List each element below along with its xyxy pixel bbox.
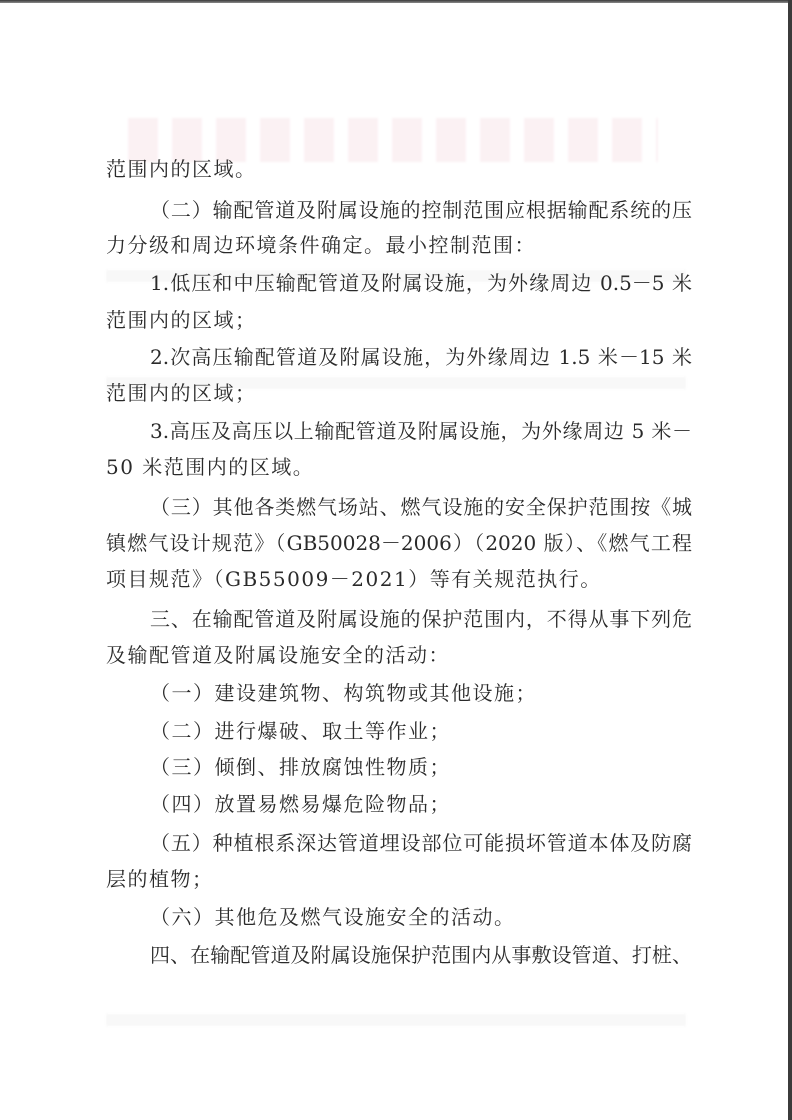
text-line: （二）进行爆破、取土等作业；: [150, 718, 451, 744]
text-line: 50 米范围内的区域。: [106, 454, 314, 480]
text-line: （五）种植根系深达管道埋设部位可能损坏管道本体及防腐: [150, 830, 692, 856]
text-line: 镇燃气设计规范》（GB50028－2006）（2020 版）、《燃气工程: [106, 530, 692, 556]
text-line: （二）输配管道及附属设施的控制范围应根据输配系统的压: [150, 197, 692, 223]
text-line: 项目规范》（GB55009－2021）等有关规范执行。: [106, 566, 602, 592]
bleed-through-line: [106, 1014, 686, 1026]
text-line: 力分级和周边环境条件确定。最小控制范围：: [106, 232, 536, 258]
scan-right-edge: [788, 0, 792, 1120]
scan-top-edge: [0, 0, 792, 3]
text-line: 四、在输配管道及附属设施保护范围内从事敷设管道、打桩、: [150, 942, 692, 968]
text-line: 及输配管道及附属设施安全的活动：: [106, 642, 450, 668]
text-line: （三）其他各类燃气场站、燃气设施的安全保护范围按《城: [150, 494, 692, 520]
text-line: 范围内的区域。: [106, 156, 257, 182]
text-line: （一）建设建筑物、构筑物或其他设施；: [150, 680, 537, 706]
text-line: 范围内的区域；: [106, 307, 257, 333]
text-line: 1.低压和中压输配管道及附属设施，为外缘周边 0.5－5 米: [150, 270, 692, 296]
text-line: 范围内的区域；: [106, 380, 257, 406]
text-line: （四）放置易燃易爆危险物品；: [150, 791, 451, 817]
text-line: 3.高压及高压以上输配管道及附属设施，为外缘周边 5 米－: [150, 418, 692, 444]
text-line: 层的植物；: [106, 866, 214, 892]
text-line: 2.次高压输配管道及附属设施，为外缘周边 1.5 米－15 米: [150, 344, 692, 370]
text-line: 三、在输配管道及附属设施的保护范围内，不得从事下列危: [150, 606, 692, 632]
text-line: （六）其他危及燃气设施安全的活动。: [150, 904, 516, 930]
text-line: （三）倾倒、排放腐蚀性物质；: [150, 754, 451, 780]
